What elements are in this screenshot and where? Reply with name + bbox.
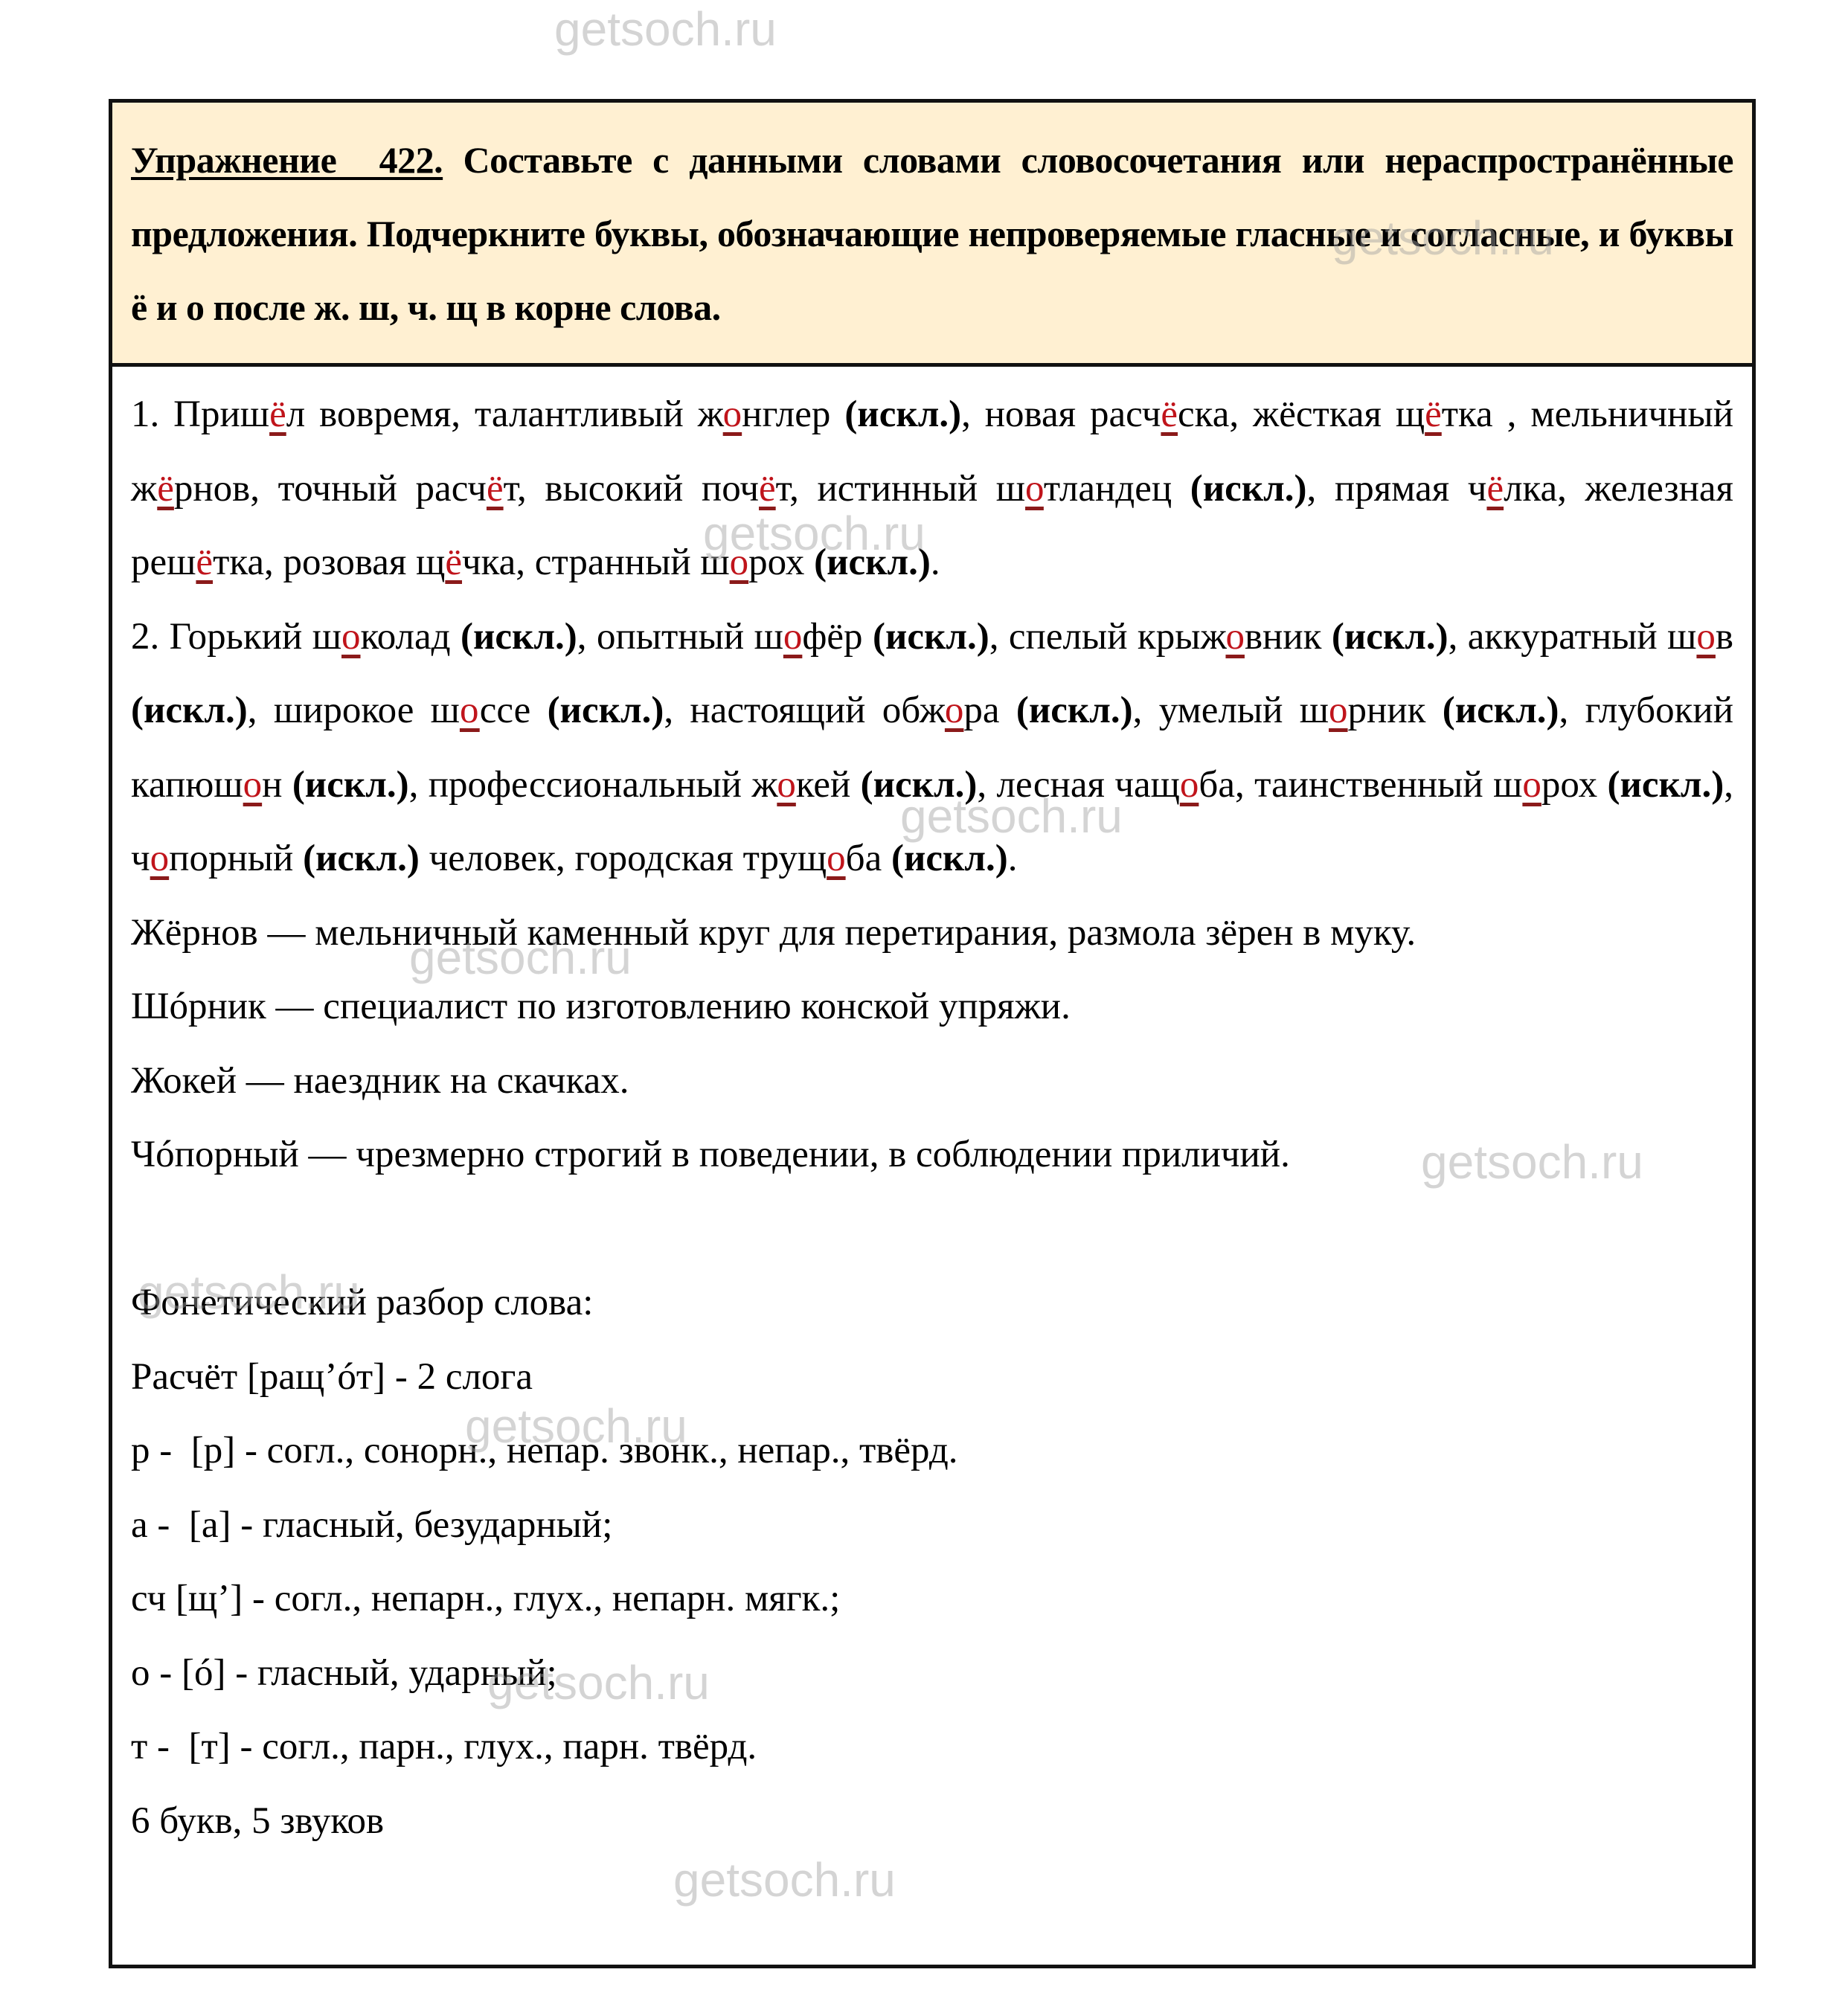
answer-paragraph-1: 1. Пришёл вовремя, талантливый жонглер (… bbox=[131, 378, 1733, 600]
highlighted-letter: ё bbox=[759, 468, 776, 510]
phonetic-summary: 6 букв, 5 звуков bbox=[131, 1785, 1733, 1859]
highlighted-letter: о bbox=[723, 394, 742, 435]
answer-paragraph-2: 2. Горький шоколад (искл.), опытный шофё… bbox=[131, 600, 1733, 896]
task-statement: Упражнение 422. Составьте с данными слов… bbox=[131, 123, 1733, 344]
exercise-box: Упражнение 422. Составьте с данными слов… bbox=[109, 99, 1756, 1968]
highlighted-letter: ё bbox=[487, 468, 504, 510]
definition-zhokey: Жокей — наездник на скачках. bbox=[131, 1044, 1733, 1119]
highlighted-letter: о bbox=[777, 764, 796, 806]
exception-mark: (искл.) bbox=[303, 838, 420, 879]
exception-mark: (искл.) bbox=[1332, 616, 1448, 658]
highlighted-letter: о bbox=[460, 690, 480, 731]
exception-mark: (искл.) bbox=[461, 616, 577, 658]
highlighted-letter: о bbox=[1329, 690, 1348, 731]
exception-mark: (искл.) bbox=[292, 764, 409, 806]
highlighted-letter: о bbox=[730, 542, 749, 583]
highlighted-letter: о bbox=[150, 838, 170, 879]
definition-zhernov: Жёрнов — мельничный каменный круг для пе… bbox=[131, 896, 1733, 971]
highlighted-letter: о bbox=[1025, 468, 1044, 510]
exercise-header: Упражнение 422. Составьте с данными слов… bbox=[112, 103, 1752, 367]
phonetic-title: Фонетический разбор слова: bbox=[131, 1266, 1733, 1340]
highlighted-letter: ё bbox=[1425, 394, 1442, 435]
exception-mark: (искл.) bbox=[131, 690, 248, 731]
highlighted-letter: о bbox=[1225, 616, 1245, 658]
phonetic-sound-r: р - [р] - согл., сонорн., непар. звонк.,… bbox=[131, 1414, 1733, 1489]
phonetic-word-line: Расчёт [ращ’óт] - 2 слога bbox=[131, 1340, 1733, 1415]
highlighted-letter: о bbox=[243, 764, 263, 806]
exception-mark: (искл.) bbox=[1443, 690, 1559, 731]
highlighted-letter: ё bbox=[1161, 394, 1178, 435]
phonetic-sound-o: о - [ó] - гласный, ударный; bbox=[131, 1637, 1733, 1711]
spacer bbox=[131, 1192, 1733, 1267]
highlighted-letter: ё bbox=[157, 468, 174, 510]
highlighted-letter: о bbox=[341, 616, 361, 658]
phonetic-sound-a: а - [а] - гласный, безударный; bbox=[131, 1489, 1733, 1563]
exercise-number: Упражнение 422. bbox=[131, 139, 443, 181]
highlighted-letter: о bbox=[1180, 764, 1199, 806]
highlighted-letter: ё bbox=[1486, 468, 1504, 510]
highlighted-letter: ё bbox=[269, 394, 286, 435]
highlighted-letter: о bbox=[945, 690, 964, 731]
watermark: getsoch.ru bbox=[554, 1, 777, 57]
exception-mark: (искл.) bbox=[891, 838, 1008, 879]
highlighted-letter: ё bbox=[196, 542, 213, 583]
definition-shornik: Шóрник — специалист по изготовлению конс… bbox=[131, 970, 1733, 1044]
highlighted-letter: о bbox=[827, 838, 846, 879]
exception-mark: (искл.) bbox=[861, 764, 978, 806]
exception-mark: (искл.) bbox=[548, 690, 664, 731]
answer-content: 1. Пришёл вовремя, талантливый жонглер (… bbox=[131, 378, 1733, 1858]
highlighted-letter: ё bbox=[445, 542, 462, 583]
phonetic-sound-shch: сч [щ’] - согл., непарн., глух., непарн.… bbox=[131, 1562, 1733, 1637]
highlighted-letter: о bbox=[1522, 764, 1541, 806]
highlighted-letter: о bbox=[1696, 616, 1716, 658]
exception-mark: (искл.) bbox=[873, 616, 989, 658]
exception-mark: (искл.) bbox=[1016, 690, 1133, 731]
exception-mark: (искл.) bbox=[814, 542, 931, 583]
exception-mark: (искл.) bbox=[1608, 764, 1725, 806]
phonetic-sound-t: т - [т] - согл., парн., глух., парн. твё… bbox=[131, 1710, 1733, 1785]
exception-mark: (искл.) bbox=[1190, 468, 1307, 510]
definition-choporny: Чóпорный — чрезмерно строгий в поведении… bbox=[131, 1118, 1733, 1192]
exception-mark: (искл.) bbox=[844, 394, 961, 435]
highlighted-letter: о bbox=[783, 616, 803, 658]
